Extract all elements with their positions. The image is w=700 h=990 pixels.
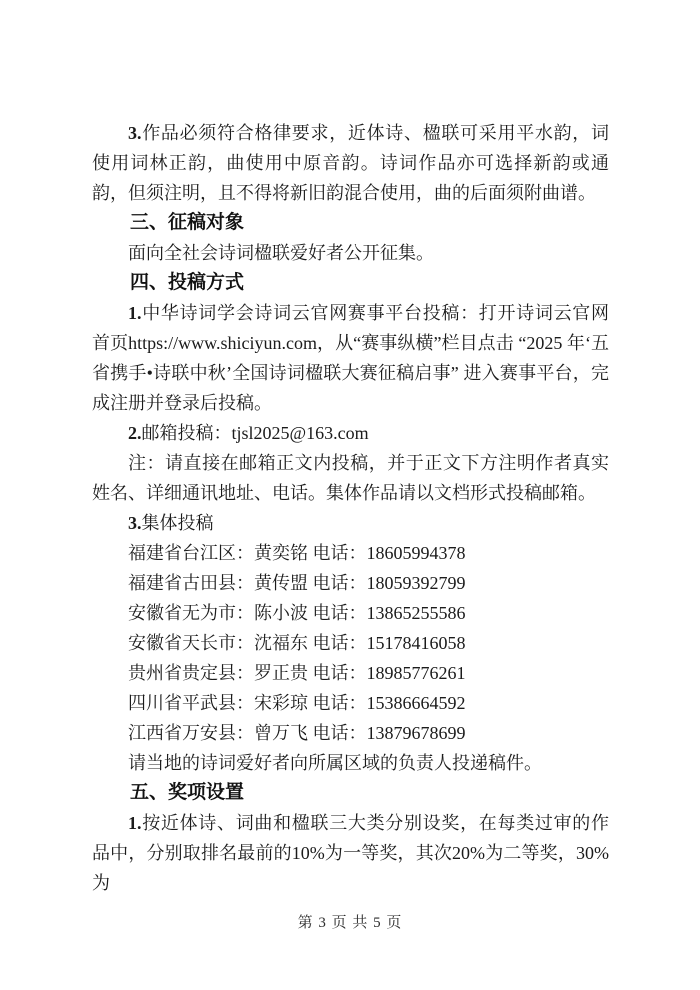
contact-row: 江西省万安县：曾万飞 电话：13879678699 xyxy=(92,718,609,748)
phone-label: 电话： xyxy=(308,573,367,593)
paragraph-rules: 3.作品必须符合格律要求，近体诗、楹联可采用平水韵，词使用词林正韵，曲使用中原音… xyxy=(92,118,609,208)
paragraph-email-submission: 2.邮箱投稿：tjsl2025@163.com xyxy=(92,418,609,448)
item-number: 2. xyxy=(128,423,142,443)
document-page-body: 3.作品必须符合格律要求，近体诗、楹联可采用平水韵，词使用词林正韵，曲使用中原音… xyxy=(92,118,609,898)
contact-region: 安徽省天长市： xyxy=(128,633,254,653)
paragraph-group-submission: 3.集体投稿 xyxy=(92,508,609,538)
email-submission-label: 邮箱投稿： xyxy=(142,423,232,443)
contact-region: 安徽省无为市： xyxy=(128,603,254,623)
phone-label: 电话： xyxy=(308,633,367,653)
group-submission-text: 集体投稿 xyxy=(142,513,214,533)
section-heading-awards: 五、奖项设置 xyxy=(92,778,609,808)
contact-name: 黄奕铭 xyxy=(254,543,308,563)
submission-url: https://www.shiciyun.com xyxy=(128,333,317,353)
section-heading-submission: 四、投稿方式 xyxy=(92,268,609,298)
contact-name: 沈福东 xyxy=(254,633,308,653)
submission-email: tjsl2025@163.com xyxy=(232,423,369,443)
paragraph-note: 注：请直接在邮箱正文内投稿，并于正文下方注明作者真实姓名、详细通讯地址、电话。集… xyxy=(92,448,609,508)
phone-label: 电话： xyxy=(308,723,367,743)
paragraph-awards: 1.按近体诗、词曲和楹联三大类分别设奖，在每类过审的作品中，分别取排名最前的10… xyxy=(92,808,609,898)
contact-name: 罗正贵 xyxy=(254,663,308,683)
paragraph-awards-text: 按近体诗、词曲和楹联三大类分别设奖，在每类过审的作品中，分别取排名最前的10%为… xyxy=(92,813,609,893)
paragraph-online-submission: 1.中华诗词学会诗词云官网赛事平台投稿：打开诗词云官网首页https://www… xyxy=(92,298,609,418)
contact-row: 贵州省贵定县：罗正贵 电话：18985776261 xyxy=(92,658,609,688)
contact-region: 福建省台江区： xyxy=(128,543,254,563)
contact-phone: 18059392799 xyxy=(367,573,466,593)
contact-region: 四川省平武县： xyxy=(128,693,254,713)
contact-row: 福建省古田县：黄传盟 电话：18059392799 xyxy=(92,568,609,598)
section-heading-target: 三、征稿对象 xyxy=(92,208,609,238)
contact-region: 福建省古田县： xyxy=(128,573,254,593)
phone-label: 电话： xyxy=(308,693,367,713)
contact-row: 安徽省无为市：陈小波 电话：13865255586 xyxy=(92,598,609,628)
contact-row: 安徽省天长市：沈福东 电话：15178416058 xyxy=(92,628,609,658)
contact-row: 福建省台江区：黄奕铭 电话：18605994378 xyxy=(92,538,609,568)
contact-name: 陈小波 xyxy=(254,603,308,623)
item-number: 3. xyxy=(128,513,142,533)
contact-region: 贵州省贵定县： xyxy=(128,663,254,683)
paragraph-rules-text: 作品必须符合格律要求，近体诗、楹联可采用平水韵，词使用词林正韵，曲使用中原音韵。… xyxy=(92,123,609,203)
contact-phone: 13879678699 xyxy=(367,723,466,743)
paragraph-target: 面向全社会诗词楹联爱好者公开征集。 xyxy=(92,238,609,268)
contact-name: 宋彩琼 xyxy=(254,693,308,713)
item-number: 1. xyxy=(128,303,142,323)
contact-phone: 13865255586 xyxy=(367,603,466,623)
contact-phone: 18605994378 xyxy=(367,543,466,563)
item-number: 1. xyxy=(128,813,142,833)
page-footer: 第 3 页 共 5 页 xyxy=(0,911,700,932)
contact-phone: 15178416058 xyxy=(367,633,466,653)
phone-label: 电话： xyxy=(308,543,367,563)
contact-name: 黄传盟 xyxy=(254,573,308,593)
contact-name: 曾万飞 xyxy=(254,723,308,743)
paragraph-delivery: 请当地的诗词爱好者向所属区域的负责人投递稿件。 xyxy=(92,748,609,778)
contact-phone: 18985776261 xyxy=(367,663,466,683)
contact-phone: 15386664592 xyxy=(367,693,466,713)
item-number: 3. xyxy=(128,123,142,143)
contact-row: 四川省平武县：宋彩琼 电话：15386664592 xyxy=(92,688,609,718)
phone-label: 电话： xyxy=(308,663,367,683)
phone-label: 电话： xyxy=(308,603,367,623)
contact-region: 江西省万安县： xyxy=(128,723,254,743)
